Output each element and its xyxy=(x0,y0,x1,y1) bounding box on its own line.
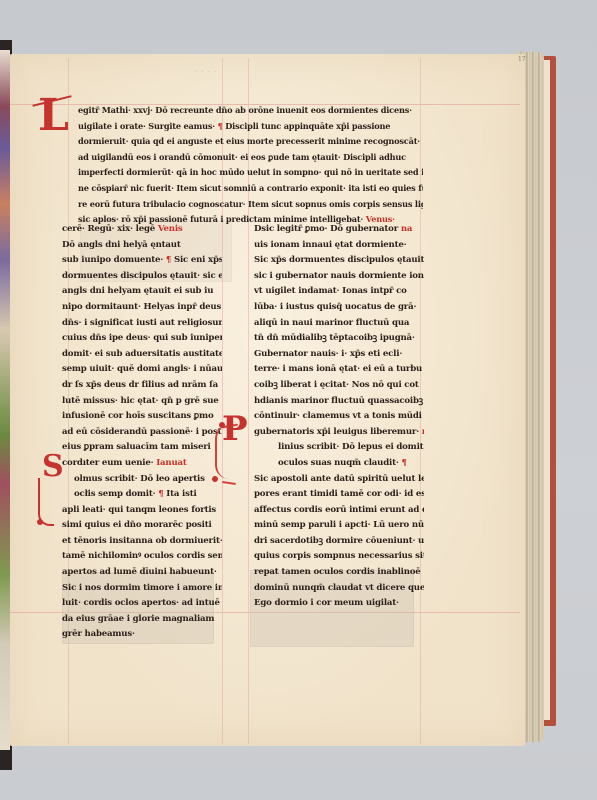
text-line: vt uigilet indamat· Ionas intpr̄ co xyxy=(254,284,424,300)
text-column-left: cerē· Regū· xix· legē Venis Dō angls dni… xyxy=(62,222,222,643)
text-line: simi quius ei dn̄o morarēc positi xyxy=(62,518,222,534)
flourish-dot xyxy=(37,519,43,525)
text-line: terre· i mans ionā ętat· ei eū a turbu xyxy=(254,362,424,378)
text-line: aliqū in naui marinor fluctuū qua xyxy=(254,316,424,332)
text-line: linius scribit· Dō lepus ei domit xyxy=(254,440,424,456)
text-line: Sic xp̄s dormuentes discipulos ętauit· xyxy=(254,253,424,269)
text-line: Ego dormio i cor meum uigilat· xyxy=(254,596,424,612)
running-head: · · · · xyxy=(195,68,218,76)
text-line: cerē· Regū· xix· legē Venis xyxy=(62,222,222,238)
text-line: pores erant timidi tamē cor odi· id est xyxy=(254,487,424,503)
folio-number: 17 xyxy=(518,56,526,63)
text-line: apertos ad lumē dīuini habueunt· xyxy=(62,565,222,581)
text-line: apli leati· qui tanqm leones fortis xyxy=(62,503,222,519)
text-line: olmus scribit· Dō leo apertis xyxy=(62,472,222,488)
paraph-mark: ¶ xyxy=(166,255,171,265)
text-line: semp uiuit· quē domi angls· i nūau xyxy=(62,362,222,378)
text-line: Sic apostoli ante datū spiritū uelut le xyxy=(254,472,424,488)
text-line: sic i gubernator nauis dormiente ionā xyxy=(254,269,424,285)
text-line: dn̄s· i significat iusti aut religiosum· xyxy=(62,316,222,332)
text-line: egitr̄ Mathi· xxvj· Dō recreunte dn̄o ab… xyxy=(78,103,423,119)
paraph-mark: ¶ xyxy=(158,489,163,499)
text-line: domit· ei sub aduersitatis austitate xyxy=(62,347,222,363)
rubric: Venis xyxy=(158,224,183,234)
text-line: uis ionam innaui ętat dormiente· xyxy=(254,238,424,254)
text-line: imperfecti dormierūt· qā in hoc mūdo uel… xyxy=(78,165,423,181)
text-line: infusionē cor hoīs suscitans ꝑmo xyxy=(62,409,222,425)
text-line: repat tamen oculos cordis inablinoē xyxy=(254,565,424,581)
text-line: lutē missus· hic ętat· qn̄ p grē sue xyxy=(62,394,222,410)
text-line: minū semp paruli i apcti· Lū uero nū xyxy=(254,518,424,534)
text-line: ne cōspiarr̄ nic fuerit· Item sicut somn… xyxy=(78,181,423,197)
text-line: uigilate i orate· Surgite eamus· ¶ Disci… xyxy=(78,119,423,135)
text-line: dominū nunqm̄ claudat vt dicere queat· xyxy=(254,581,424,597)
text-line: cuius dn̄s ipe deus· qui sub iunipero xyxy=(62,331,222,347)
text-line: angls dni helyam ętauit ei sub iu xyxy=(62,284,222,300)
text-line: dormuentes discipulos ętauit· sic et xyxy=(62,269,222,285)
text-line: tn̄ dn̄ mūdialibꝫ tēptacoibꝫ ipugnā· xyxy=(254,331,424,347)
text-block-top: egitr̄ Mathi· xxvj· Dō recreunte dn̄o ab… xyxy=(78,103,423,228)
initial-L: L xyxy=(38,94,69,138)
text-line: re eorū futura tribulacio cognoscatur· I… xyxy=(78,197,423,213)
text-line: dr ſs xp̄s deus dr filius ad nrām ſa xyxy=(62,378,222,394)
initial-flourish xyxy=(215,425,239,479)
text-line: sub iunipo domuente· ¶ Sic eni xp̄s xyxy=(62,253,222,269)
text-line: eius ꝑpram saluacīm tam miseri xyxy=(62,440,222,456)
text-line: Dō angls dni helyā ęntaut xyxy=(62,238,222,254)
flourish-dot xyxy=(212,476,218,482)
text-line: Gubernator nauis· i· xp̄s eti ecli· xyxy=(254,347,424,363)
text-line: hdianis marinor fluctuū quassacoibꝫ xyxy=(254,394,424,410)
text-line: grēr habeamus· xyxy=(62,627,222,643)
text-line: gubernatoris xp̄i leuigus liberemur· na· xyxy=(254,425,424,441)
text-line: ocłis semp domit· ¶ Ita isti xyxy=(62,487,222,503)
text-column-right: Dsic legitr̄ ꝑmo· Dō gubernator na uis i… xyxy=(254,222,424,612)
flourish-dot xyxy=(219,422,225,428)
facing-page-illumination-edge xyxy=(0,50,10,750)
rubric: na xyxy=(401,224,412,234)
rubric: Ianuat xyxy=(156,458,186,468)
text-line: nipo dormitaunt· Helyas inpr̄ deus xyxy=(62,300,222,316)
paraph-mark: ¶ xyxy=(218,121,223,131)
text-line: et tēnoris insitanna ob dormiuerit· xyxy=(62,534,222,550)
text-line: dri sacerdotibꝫ dormire cōueniunt· ut qu… xyxy=(254,534,424,550)
text-line: luit· cordis oclos apertos· ad intuē xyxy=(62,596,222,612)
text-line: ad uigilandū eos i orandū cōmonuit· ei e… xyxy=(78,150,423,166)
text-line: cordıter eum uenie· Ianuat xyxy=(62,456,222,472)
text-line: quius corpis sompnus necessarius sit xyxy=(254,549,424,565)
text-line: da eius grāae i glorie magnaliam xyxy=(62,612,222,628)
text-line: oculos suas nuqm̄ claudit· ¶ xyxy=(254,456,424,472)
text-line: coibꝫ liberat i ęcitat· Nos nō qui cot xyxy=(254,378,424,394)
text-line: Dsic legitr̄ ꝑmo· Dō gubernator na xyxy=(254,222,424,238)
text-line: dormieruit· quia qd ei anguste et eius m… xyxy=(78,134,423,150)
text-line: Sic i nos dormim timore i amore in xyxy=(62,581,222,597)
paraph-mark: ¶ xyxy=(401,458,406,468)
text-line: ad eū cōsiderandū passionē· i post ad xyxy=(62,425,222,441)
text-line: cōntinuir· clamemus vt a tonis mūdi xyxy=(254,409,424,425)
text-line: affectus cordis eorū intimi erunt ad do xyxy=(254,503,424,519)
text-line: tamē nichilominꝰ oculos cordis semp xyxy=(62,549,222,565)
rubric: na· xyxy=(422,427,424,437)
text-line: lūba· i iustus quisq̄ uocatus de grā· xyxy=(254,300,424,316)
